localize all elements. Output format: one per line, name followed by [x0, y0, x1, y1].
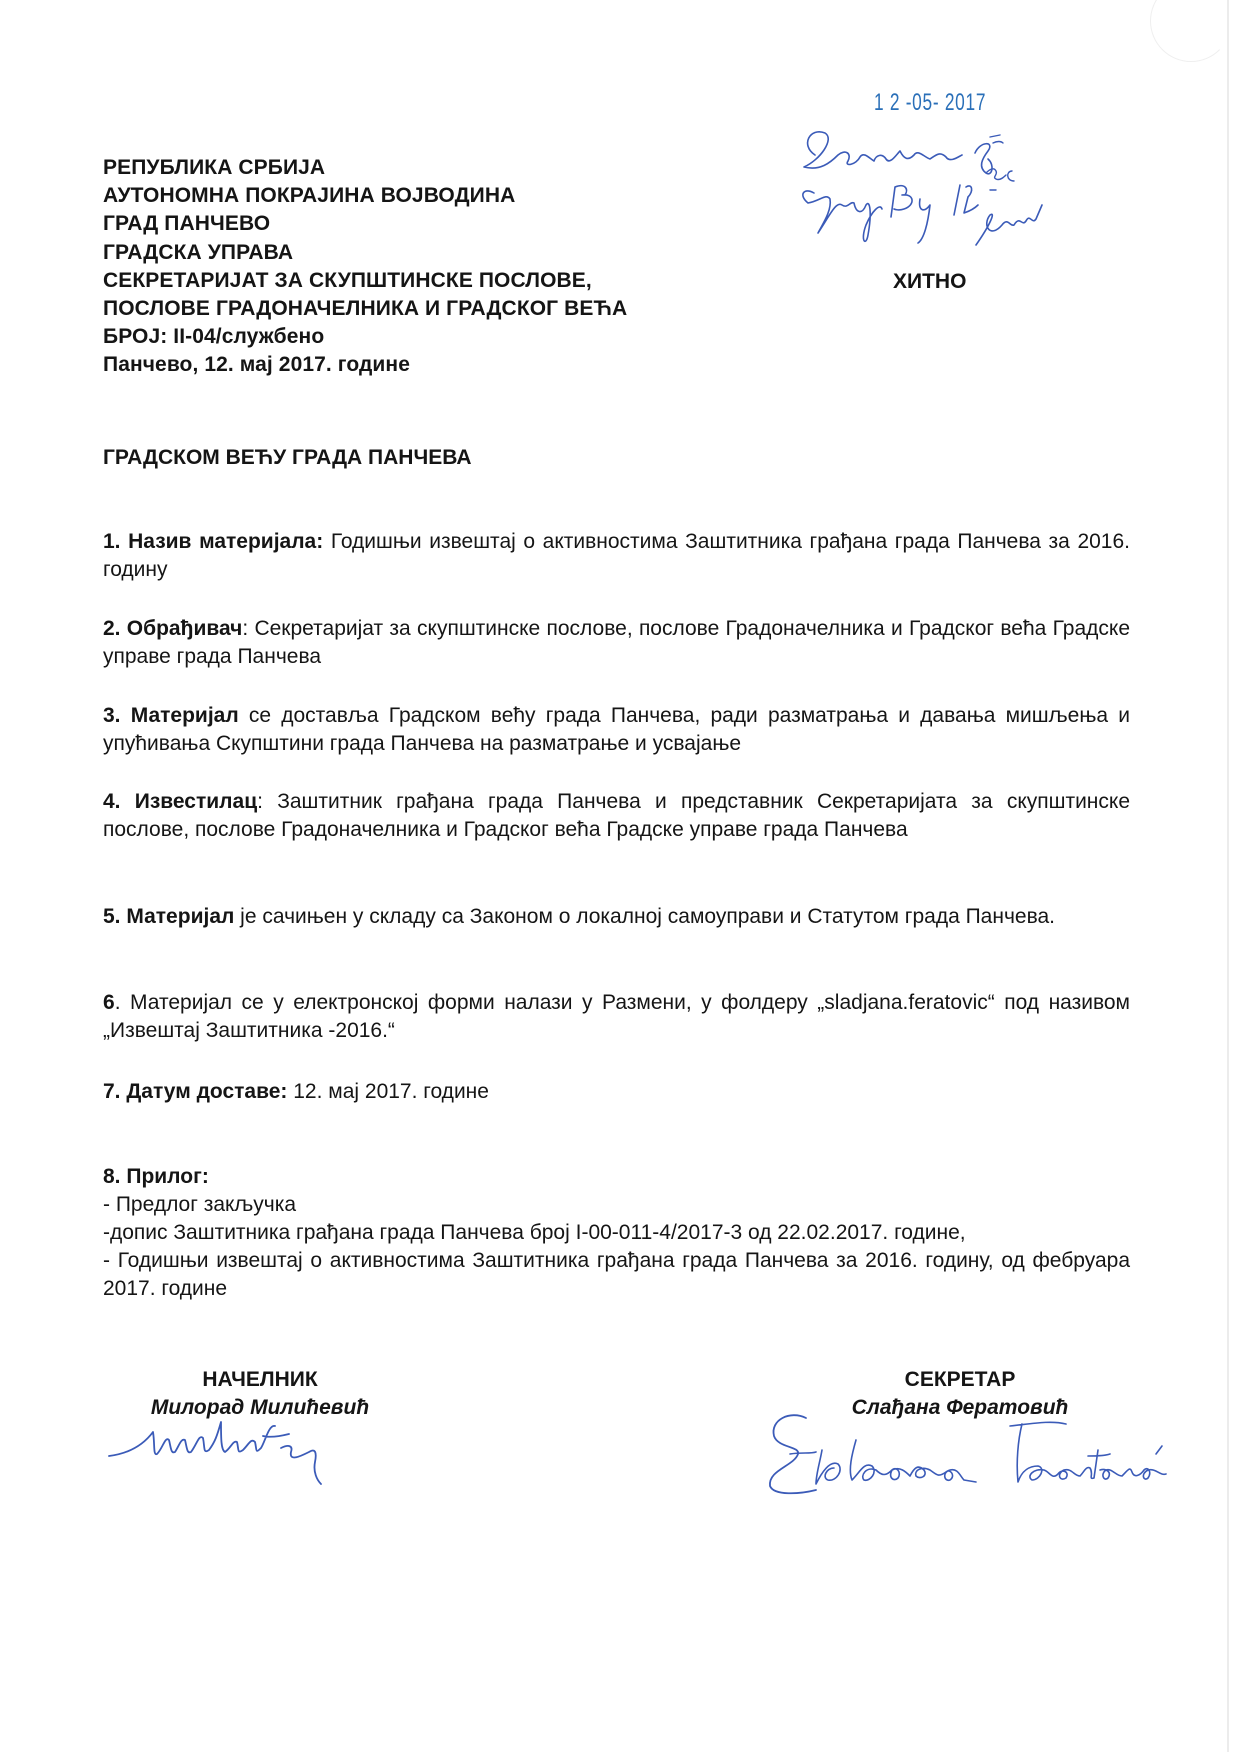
item-text: : Секретаријат за скупштинске послове, п…: [103, 617, 1130, 668]
signatory-title: НАЧЕЛНИК: [120, 1366, 400, 1394]
item-electronic-location: 6. Материјал се у електронској форми нал…: [103, 989, 1130, 1045]
item-text: се доставља Градском већу града Панчева,…: [103, 704, 1130, 755]
addressee: ГРАДСКОМ ВЕЋУ ГРАДА ПАНЧЕВА: [103, 446, 472, 470]
letterhead-line: РЕПУБЛИКА СРБИЈА: [103, 154, 627, 182]
letterhead-line: ПОСЛОВЕ ГРАДОНАЧЕЛНИКА И ГРАДСКОГ ВЕЋА: [103, 295, 627, 323]
item-label: 3. Материјал: [103, 704, 239, 727]
item-label: 7. Датум доставе:: [103, 1080, 287, 1103]
attachment-item: - Предлог закључка: [103, 1191, 1130, 1219]
scan-artifact: [1150, 0, 1232, 62]
item-rapporteur: 4. Известилац: Заштитник грађана града П…: [103, 788, 1130, 844]
letterhead-line: ГРАДСКА УПРАВА: [103, 239, 627, 267]
item-legal-basis: 5. Материјал је сачињен у складу са Зако…: [103, 903, 1130, 931]
signatory-title: СЕКРЕТАР: [820, 1366, 1100, 1394]
item-text: . Материјал се у електронској форми нала…: [103, 991, 1130, 1042]
letterhead-line: ГРАД ПАНЧЕВО: [103, 210, 627, 238]
attachments-label: 8. Прилог:: [103, 1165, 209, 1188]
signature-block-head: НАЧЕЛНИК Милорад Милићевић: [120, 1366, 400, 1422]
item-label: 2. Обрађивач: [103, 617, 242, 640]
item-label: 1. Назив материјала:: [103, 530, 323, 553]
attachments-section: 8. Прилог: - Предлог закључка -допис Заш…: [103, 1163, 1130, 1303]
item-label: 6: [103, 991, 115, 1014]
signature-head: [105, 1418, 385, 1490]
letterhead: РЕПУБЛИКА СРБИЈА АУТОНОМНА ПОКРАЈИНА ВОЈ…: [103, 154, 627, 380]
item-label: 5. Материјал: [103, 905, 234, 928]
item-label: 4. Известилац: [103, 790, 257, 813]
urgent-label: ХИТНО: [893, 270, 966, 294]
item-material-purpose: 3. Материјал се доставља Градском већу г…: [103, 702, 1130, 758]
item-delivery-date: 7. Датум доставе: 12. мај 2017. године: [103, 1078, 1130, 1106]
scan-page-edge: [1227, 0, 1229, 1752]
handwritten-note: Достављено за седницу ГВ у 15:35: [790, 115, 1090, 265]
reference-number: БРОЈ: II-04/службено: [103, 323, 627, 351]
item-text: 12. мај 2017. године: [287, 1080, 489, 1103]
letterhead-line: СЕКРЕТАРИЈАТ ЗА СКУПШТИНСКЕ ПОСЛОВЕ,: [103, 267, 627, 295]
received-stamp-date: 1 2 -05- 2017: [874, 89, 986, 117]
attachment-item: - Годишњи извештај о активностима Заштит…: [103, 1247, 1130, 1303]
letterhead-line: АУТОНОМНА ПОКРАЈИНА ВОЈВОДИНА: [103, 182, 627, 210]
signature-secretary: [760, 1410, 1190, 1500]
item-text: : Заштитник грађана града Панчева и пред…: [103, 790, 1130, 841]
attachment-item: -допис Заштитника грађана града Панчева …: [103, 1219, 1130, 1247]
document-date: Панчево, 12. мај 2017. године: [103, 351, 627, 379]
item-prepared-by: 2. Обрађивач: Секретаријат за скупштинск…: [103, 615, 1130, 671]
item-text: је сачињен у складу са Законом о локално…: [234, 905, 1055, 928]
item-material-name: 1. Назив материјала: Годишњи извештај о …: [103, 528, 1130, 584]
